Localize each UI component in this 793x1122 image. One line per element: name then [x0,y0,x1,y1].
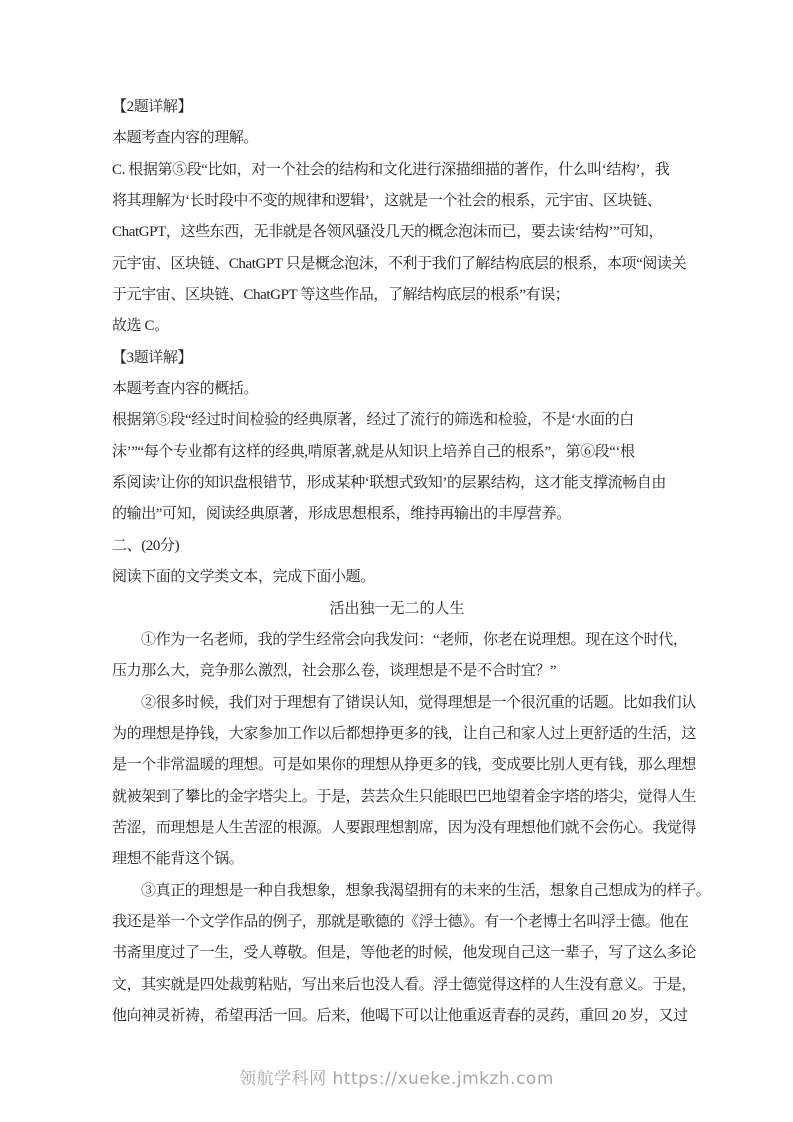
passage-para2-line: ②很多时候，我们对于理想有了错误认知，觉得理想是一个很沉重的话题。比如我们认 [112,688,682,719]
q3-analysis-line: 的输出”可知，阅读经典原著，形成思想根系，维持再输出的丰厚营养。 [112,499,682,530]
document-page: 【2题详解】 本题考查内容的理解。 C. 根据第⑤段“比如，对一个社会的结构和文… [0,0,793,1122]
passage-para3-line: 我还是举一个文学作品的例子，那就是歌德的《浮士德》。有一个老博士名叫浮士德。他在 [112,907,682,938]
q3-detail-heading: 【3题详解】 [112,343,682,374]
q3-analysis-line: 根据第⑤段“经过时间检验的经典原著，经过了流行的筛选和检验，不是‘水面的白 [112,405,682,436]
q2-analysis-line: C. 根据第⑤段“比如，对一个社会的结构和文化进行深描细描的著作，什么叫‘结构’… [112,155,682,186]
passage-para3-line: 文，其实就是四处裁剪粘贴，写出来后也没人看。浮士德觉得这样的人生没有意义。于是， [112,970,682,1001]
passage-para1-line: ①作为一名老师，我的学生经常会向我发问：“老师，你老在说理想。现在这个时代， [112,625,682,656]
passage-para3-line: ③真正的理想是一种自我想象，想象我渴望拥有的未来的生活，想象自己想成为的样子。 [112,876,682,907]
passage-para2-line: 苦涩，而理想是人生苦涩的根源。人要跟理想割席，因为没有理想他们就不会伤心。我觉得 [112,813,682,844]
passage-para2-line: 理想不能背这个锅。 [112,844,682,875]
q3-analysis-line: 本题考查内容的概括。 [112,374,682,405]
passage-para2-line: 是一个非常温暖的理想。可是如果你的理想从挣更多的钱，变成要比别人更有钱，那么理想 [112,750,682,781]
q2-answer-line: 故选 C。 [112,311,682,342]
reading-instruction: 阅读下面的文学类文本，完成下面小题。 [112,562,682,593]
passage-para1-line: 压力那么大，竞争那么激烈，社会那么卷，谈理想是不是不合时宜？” [112,656,682,687]
passage-title: 活出独一无二的人生 [112,594,682,625]
q2-analysis-line: 于元宇宙、区块链、ChatGPT 等这些作品，了解结构底层的根系”有误； [112,280,682,311]
section-two-heading: 二、(20分) [112,531,682,562]
q2-analysis-line: ChatGPT，这些东西，无非就是各领风骚没几天的概念泡沫而已，要去读‘结构’”… [112,217,682,248]
passage-para3-line: 他向神灵祈祷，希望再活一回。后来，他喝下可以让他重返青春的灵药，重回 20 岁，… [112,1001,682,1032]
q2-analysis-line: 将其理解为‘长时段中不变的规律和逻辑’，这就是一个社会的根系，元宇宙、区块链、 [112,186,682,217]
watermark-text: 领航学科网 https://xueke.jmkzh.com [239,1069,554,1089]
q3-analysis-line: 系阅读’让你的知识盘根错节，形成某种‘联想式致知’的层累结构，这才能支撑流畅自由 [112,468,682,499]
q2-detail-heading: 【2题详解】 [112,92,682,123]
watermark: 领航学科网 https://xueke.jmkzh.com [0,1064,793,1094]
q2-analysis-line: 本题考查内容的理解。 [112,123,682,154]
passage-para3-line: 书斋里度过了一生，受人尊敬。但是，等他老的时候，他发现自己这一辈子，写了这么多论 [112,938,682,969]
q3-analysis-line: 沫’”“每个专业都有这样的经典,啃原著,就是从知识上培养自己的根系”，第⑥段“‘… [112,437,682,468]
passage-para2-line: 为的理想是挣钱，大家参加工作以后都想挣更多的钱，让自己和家人过上更舒适的生活，这 [112,719,682,750]
q2-analysis-line: 元宇宙、区块链、ChatGPT 只是概念泡沫，不利于我们了解结构底层的根系，本项… [112,249,682,280]
document-content: 【2题详解】 本题考查内容的理解。 C. 根据第⑤段“比如，对一个社会的结构和文… [112,92,682,1032]
passage-para2-line: 就被架到了攀比的金字塔尖上。于是，芸芸众生只能眼巴巴地望着金字塔的塔尖，觉得人生 [112,782,682,813]
